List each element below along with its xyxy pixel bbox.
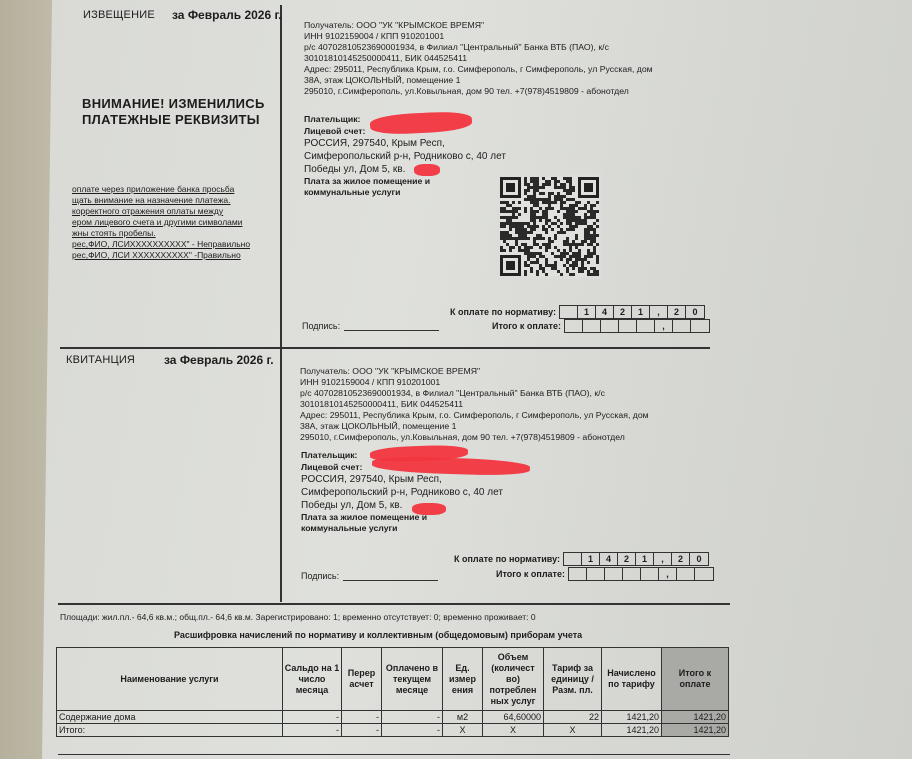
recipient-block-notice: Получатель: ООО "УК "КРЫМСКОЕ ВРЕМЯ"ИНН … bbox=[304, 20, 653, 97]
notice-period: за Февраль 2026 г. bbox=[172, 8, 282, 22]
payment-note: оплате через приложение банка просьба ща… bbox=[72, 184, 277, 261]
normative-amount-row-receipt: К оплате по нормативу: 1421,20 bbox=[454, 552, 709, 566]
signature-field-receipt: Подпись: bbox=[301, 571, 438, 581]
total-digit-boxes: , bbox=[564, 319, 710, 333]
total-amount-row: Итого к оплате: , bbox=[492, 319, 710, 333]
receipt-title: КВИТАНЦИЯ bbox=[66, 354, 135, 366]
col-charged: Начислено по тарифу bbox=[602, 648, 662, 711]
redaction bbox=[412, 503, 446, 515]
col-paid: Оплачено в текущем месяце bbox=[382, 648, 443, 711]
recipient-block-receipt: Получатель: ООО "УК "КРЫМСКОЕ ВРЕМЯ"ИНН … bbox=[300, 366, 649, 443]
warning-heading: ВНИМАНИЕ! ИЗМЕНИЛИСЬ ПЛАТЕЖНЫЕ РЕКВИЗИТЫ bbox=[82, 96, 265, 128]
table-row: Содержание дома---м264,60000221421,20142… bbox=[57, 711, 729, 724]
charges-table-title: Расшифровка начислений по нормативу и ко… bbox=[174, 630, 582, 640]
table-row-total: Итого:---XXX1421,201421,20 bbox=[57, 724, 729, 737]
column-divider bbox=[280, 5, 282, 602]
charges-table: Наименование услуги Сальдо на 1 число ме… bbox=[56, 647, 729, 737]
section-divider bbox=[60, 347, 710, 349]
normative-amount-row: К оплате по нормативу: 1421,20 bbox=[450, 305, 705, 319]
receipt-period: за Февраль 2026 г. bbox=[164, 353, 274, 367]
col-service: Наименование услуги bbox=[57, 648, 283, 711]
col-volume: Объем (количест во) потреблен ных услуг bbox=[483, 648, 544, 711]
normative-digit-boxes: 1421,20 bbox=[559, 305, 705, 319]
notice-title: ИЗВЕЩЕНИЕ bbox=[83, 9, 155, 21]
col-balance: Сальдо на 1 число месяца bbox=[283, 648, 342, 711]
col-recalc: Перер асчет bbox=[342, 648, 382, 711]
area-info: Площади: жил.пл.- 64,6 кв.м.; общ.пл.- 6… bbox=[60, 612, 536, 622]
col-tariff: Тариф за единицу / Разм. пл. bbox=[544, 648, 602, 711]
total-amount-row-receipt: Итого к оплате: , bbox=[496, 567, 714, 581]
signature-field-notice: Подпись: bbox=[302, 321, 439, 331]
qr-code bbox=[497, 174, 602, 279]
col-total: Итого к оплате bbox=[662, 648, 729, 711]
next-section-edge bbox=[58, 754, 730, 755]
redaction bbox=[414, 164, 440, 176]
col-unit: Ед. измер ения bbox=[443, 648, 483, 711]
bottom-divider bbox=[58, 603, 730, 605]
